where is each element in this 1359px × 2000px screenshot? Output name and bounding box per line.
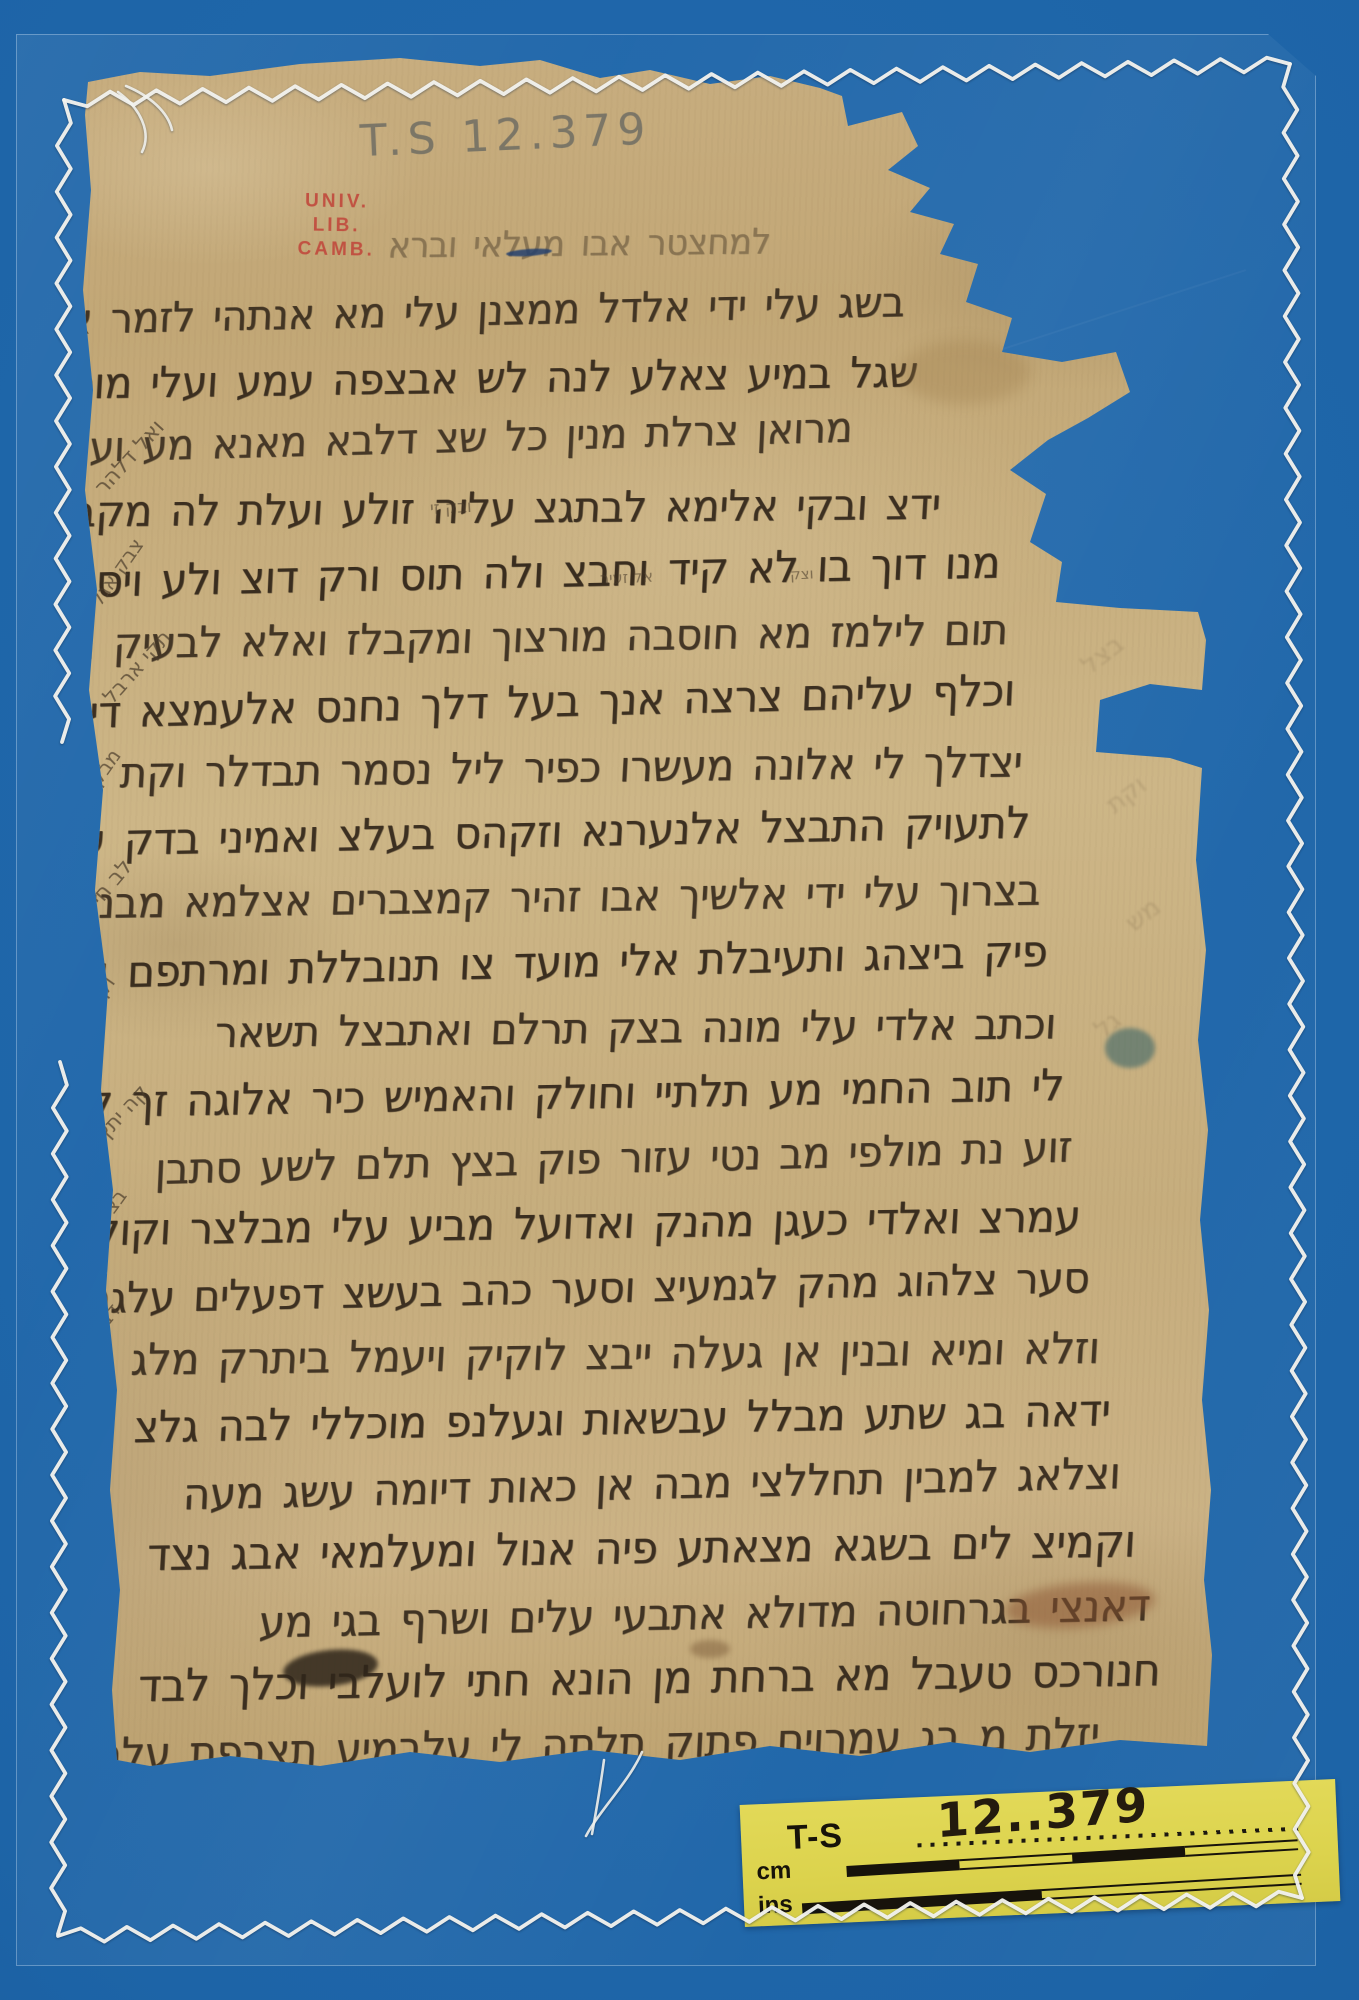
stitch-left-lower — [51, 1062, 67, 1934]
stitching — [0, 0, 1359, 2000]
stitch-right — [1283, 64, 1309, 1898]
loose-thread — [592, 1760, 604, 1834]
thread-fray — [126, 86, 172, 130]
stitch-left-upper — [55, 100, 71, 742]
photo-stage: T.S 12.379 UNIV. LIB. CAMB. למחצטר אבו מ… — [0, 0, 1359, 2000]
stitch-top — [64, 58, 1290, 107]
stitch-bottom — [58, 1892, 1302, 1942]
